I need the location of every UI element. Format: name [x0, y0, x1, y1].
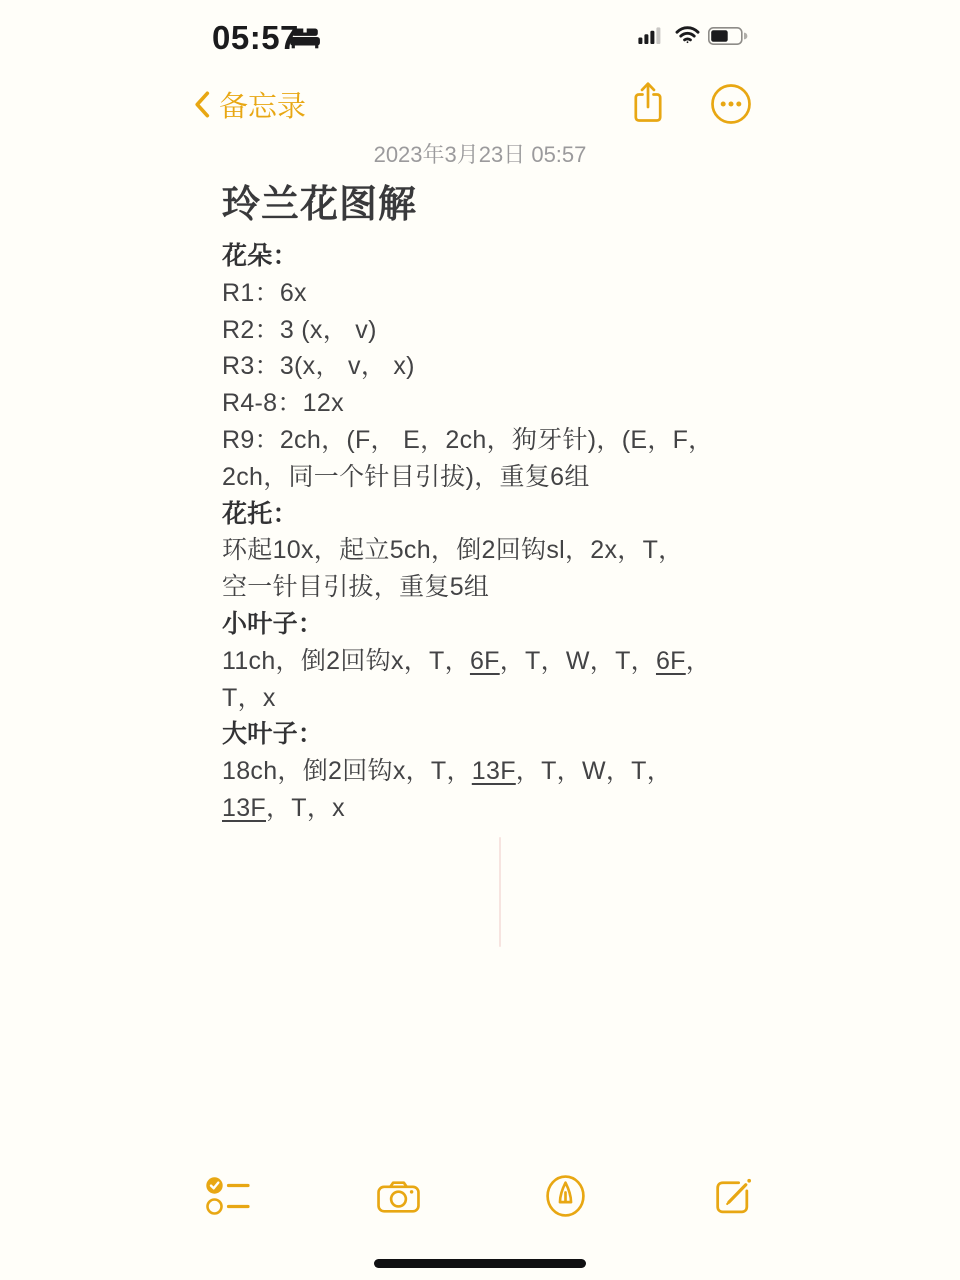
note-text-segment: 花托：	[222, 500, 298, 528]
checklist-button[interactable]	[205, 1175, 251, 1218]
bed-sleep-focus-icon	[289, 25, 321, 49]
note-title: 玲兰花图解	[222, 180, 752, 230]
note-editor-area[interactable]: 玲兰花图解 花朵：R1：6xR2：3 (x， v)R3：3(x， v， x)R4…	[222, 180, 752, 827]
note-line: R3：3(x， v， x)	[222, 348, 752, 385]
note-text-segment: 花朵：	[222, 242, 298, 270]
note-text-segment: ，T，x	[266, 794, 345, 822]
battery-icon	[708, 27, 748, 45]
note-lines: 花朵：R1：6xR2：3 (x， v)R3：3(x， v， x)R4-8：12x…	[222, 238, 752, 827]
more-options-button[interactable]	[710, 83, 752, 125]
screen-artifact-line	[499, 837, 501, 947]
camera-button[interactable]	[377, 1179, 420, 1214]
note-line: 环起10x，起立5ch，倒2回钩sl，2x，T，	[222, 532, 752, 569]
note-line: 2ch，同一个针目引拔)，重复6组	[222, 459, 752, 496]
note-line: 大叶子：	[222, 716, 752, 753]
note-line: R4-8：12x	[222, 385, 752, 422]
note-text-segment: R4-8：12x	[222, 389, 344, 417]
note-text-segment: 环起10x，起立5ch，倒2回钩sl，2x，T，	[222, 536, 683, 564]
note-text-segment: 大叶子：	[222, 720, 323, 748]
share-button[interactable]	[631, 80, 665, 125]
note-text-segment: R9：2ch，(F， E，2ch，狗牙针)，(E，F，	[222, 426, 714, 454]
home-indicator[interactable]	[374, 1259, 586, 1268]
note-line: 11ch，倒2回钩x，T，6F，T，W，T，6F，	[222, 643, 752, 680]
note-text-segment: 6F	[470, 647, 500, 675]
note-line: T，x	[222, 680, 752, 717]
note-text-segment: 小叶子：	[222, 610, 323, 638]
notes-app-screen: 05:57	[0, 0, 960, 1280]
status-time: 05:57	[212, 19, 299, 57]
note-text-segment: 13F	[472, 757, 516, 785]
note-text-segment: 18ch，倒2回钩x，T，	[222, 757, 472, 785]
note-line: 花托：	[222, 496, 752, 533]
note-date-line: 2023年3月23日 05:57	[0, 138, 960, 169]
markup-pen-icon	[544, 1174, 587, 1218]
note-text-segment: 11ch，倒2回钩x，T，	[222, 647, 470, 675]
note-text-segment: ，	[686, 647, 711, 675]
note-text-segment: 2ch，同一个针目引拔)，重复6组	[222, 463, 590, 491]
note-line: R1：6x	[222, 275, 752, 312]
camera-icon	[377, 1179, 420, 1214]
chevron-left-icon	[194, 89, 210, 120]
compose-note-button[interactable]	[710, 1173, 755, 1218]
note-text-segment: R1：6x	[222, 279, 307, 307]
back-button-label: 备忘录	[219, 84, 306, 125]
markup-button[interactable]	[544, 1174, 587, 1218]
share-icon	[631, 80, 665, 125]
ellipsis-circle-icon	[710, 83, 752, 125]
note-text-segment: R3：3(x， v， x)	[222, 352, 415, 380]
note-text-segment: 6F	[656, 647, 686, 675]
note-text-segment: ，T，W，T，	[516, 757, 672, 785]
note-line: R2：3 (x， v)	[222, 312, 752, 349]
note-text-segment: R2：3 (x， v)	[222, 316, 377, 344]
note-line: 花朵：	[222, 238, 752, 275]
back-button-notes-list[interactable]: 备忘录	[194, 84, 306, 125]
note-text-segment: 空一针目引拔，重复5组	[222, 573, 489, 601]
cellular-signal-icon	[638, 27, 662, 44]
wifi-icon	[675, 26, 700, 44]
checklist-icon	[205, 1175, 251, 1218]
note-text-segment: ，T，W，T，	[500, 647, 656, 675]
note-line: 空一针目引拔，重复5组	[222, 569, 752, 606]
note-line: 13F，T，x	[222, 790, 752, 827]
note-line: 18ch，倒2回钩x，T，13F，T，W，T，	[222, 753, 752, 790]
compose-icon	[710, 1173, 755, 1218]
note-text-segment: 13F	[222, 794, 266, 822]
note-text-segment: T，x	[222, 684, 276, 712]
note-line: R9：2ch，(F， E，2ch，狗牙针)，(E，F，	[222, 422, 752, 459]
note-line: 小叶子：	[222, 606, 752, 643]
